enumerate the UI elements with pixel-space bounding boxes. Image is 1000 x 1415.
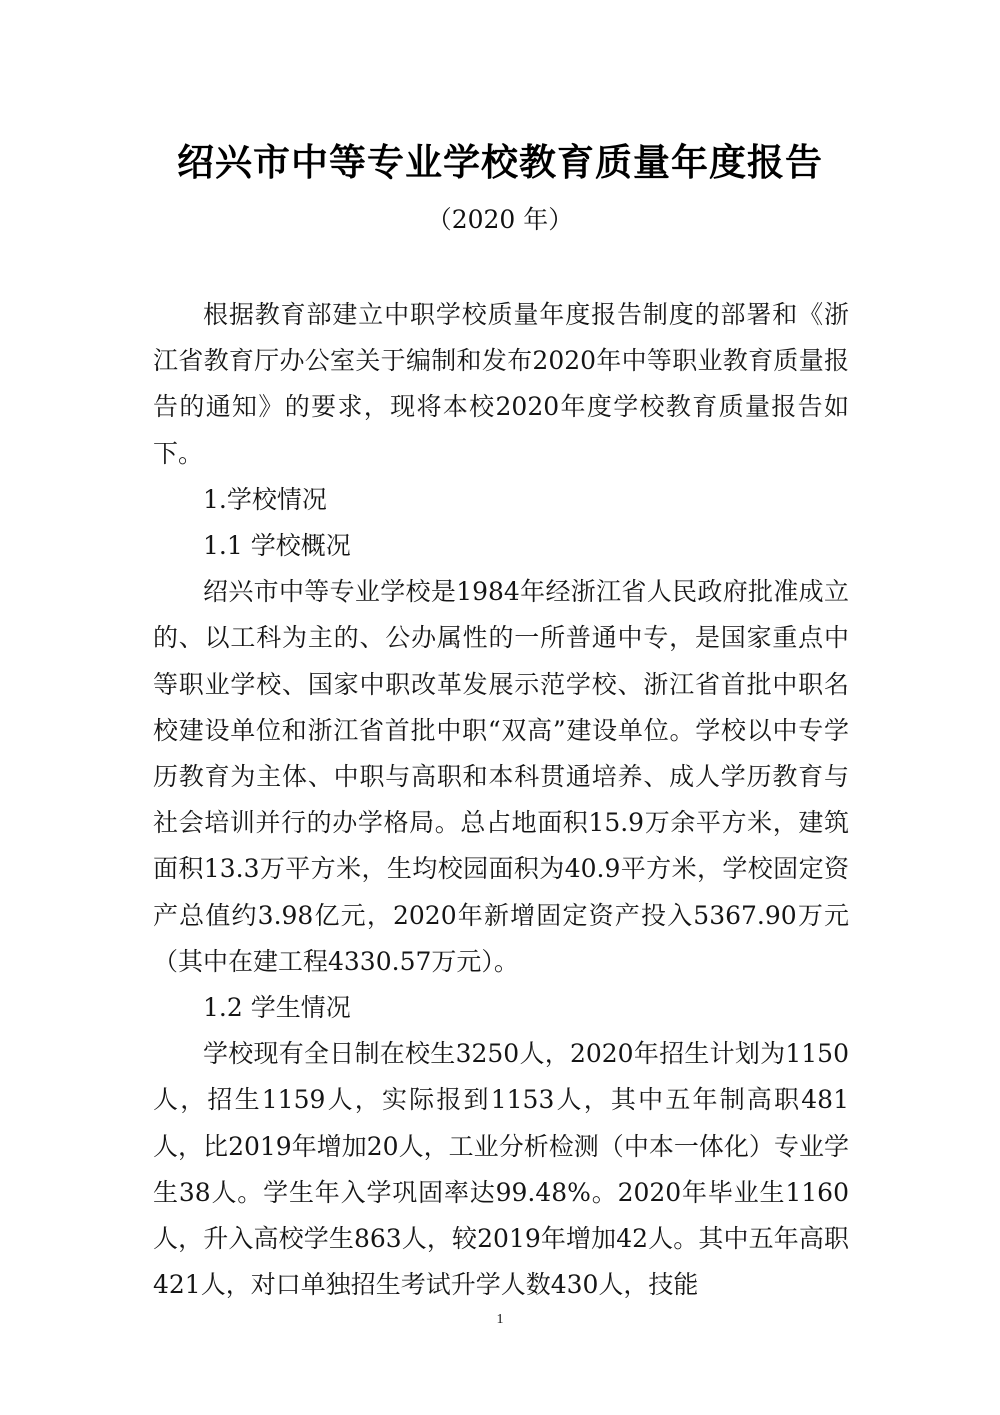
intro-paragraph: 根据教育部建立中职学校质量年度报告制度的部署和《浙江省教育厅办公室关于编制和发布… — [153, 292, 849, 477]
subsection-heading: 1.2 学生情况 — [153, 985, 849, 1031]
school-overview-paragraph: 绍兴市中等专业学校是1984年经浙江省人民政府批准成立的、以工科为主的、公办属性… — [153, 569, 849, 985]
page-number: 1 — [0, 1312, 1000, 1328]
document-title: 绍兴市中等专业学校教育质量年度报告 — [0, 132, 1000, 186]
document-subtitle: （2020 年） — [0, 200, 1000, 236]
subsection-heading: 1.1 学校概况 — [153, 523, 849, 569]
section-heading: 1.学校情况 — [153, 477, 849, 523]
document-body: 根据教育部建立中职学校质量年度报告制度的部署和《浙江省教育厅办公室关于编制和发布… — [153, 292, 849, 1308]
student-info-paragraph: 学校现有全日制在校生3250人，2020年招生计划为1150人，招生1159人，… — [153, 1031, 849, 1308]
